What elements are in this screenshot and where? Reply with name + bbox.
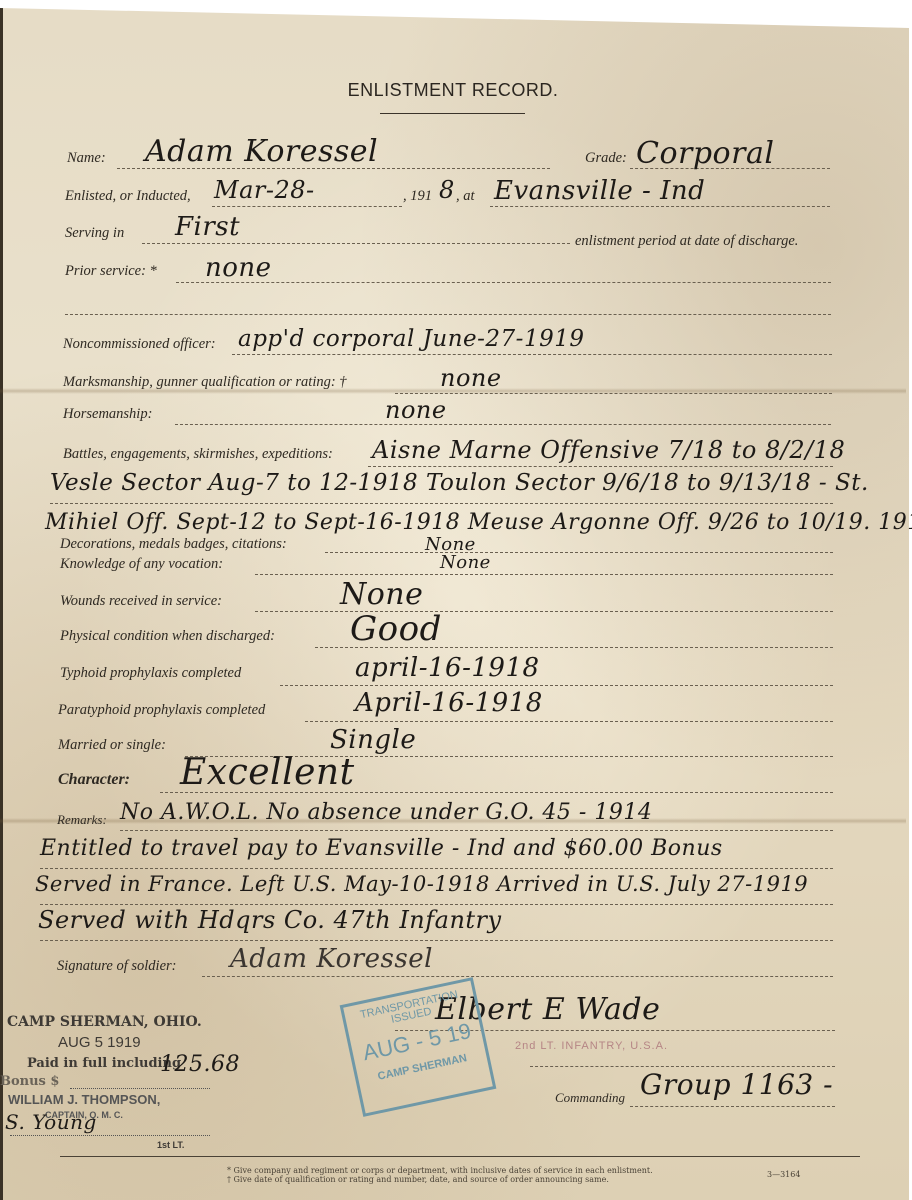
by-signature: S. Young [5, 1110, 97, 1134]
commanding-line [630, 1106, 835, 1107]
enlisted-place-value: Evansville - Ind [494, 176, 705, 206]
rank-stamp: 2nd LT. INFANTRY, U.S.A. [515, 1040, 668, 1052]
paratyphoid-line [305, 721, 833, 722]
bonus-label: Bonus $ [0, 1074, 59, 1089]
enlisted-place-line [490, 206, 830, 207]
document-title: ENLISTMENT RECORD. [0, 80, 906, 101]
wounds-value: None [340, 577, 423, 612]
physical-condition-label: Physical condition when discharged: [60, 628, 275, 645]
soldier-signature-value: Adam Koressel [230, 944, 433, 974]
marital-status-label: Married or single: [58, 737, 166, 754]
soldier-signature-line [202, 976, 833, 977]
nco-label: Noncommissioned officer: [63, 336, 216, 353]
paratyphoid-label: Paratyphoid prophylaxis completed [58, 702, 265, 719]
enlisted-label: Enlisted, or Inducted, [65, 188, 191, 205]
serving-value: First [175, 212, 240, 242]
title-rule [380, 113, 525, 114]
vocation-value: None [440, 552, 491, 573]
typhoid-value: april-16-1918 [355, 653, 540, 683]
vocation-line [255, 574, 833, 575]
commanding-label: Commanding [555, 1090, 625, 1106]
character-label: Character: [58, 771, 130, 789]
horsemanship-label: Horsemanship: [63, 406, 152, 423]
remarks-line-4 [40, 940, 833, 941]
remarks-line-3-value: Served in France. Left U.S. May-10-1918 … [35, 872, 808, 896]
remarks-line-4-value: Served with Hdqrs Co. 47th Infantry [38, 906, 502, 934]
remarks-line-1 [120, 830, 833, 831]
name-label: Name: [67, 150, 106, 167]
footnote-1: * Give company and regiment or corps or … [227, 1166, 653, 1175]
paid-in-full-label: Paid in full including [27, 1056, 181, 1071]
payment-date: AUG 5 1919 [58, 1034, 141, 1051]
marksmanship-label: Marksmanship, gunner qualification or ra… [63, 374, 347, 391]
nco-value: app'd corporal June-27-1919 [238, 326, 584, 352]
by-rank: 1st LT. [157, 1140, 184, 1150]
enlisted-year-value: 8 [439, 176, 455, 204]
form-number: 3—3164 [767, 1170, 800, 1179]
remarks-label: Remarks: [57, 812, 107, 828]
enlisted-at-label: , at [456, 188, 475, 205]
prior-service-value: none [205, 253, 272, 283]
soldier-signature-label: Signature of soldier: [57, 958, 176, 975]
payment-location: CAMP SHERMAN, OHIO. [7, 1014, 202, 1030]
paying-officer-name: WILLIAM J. THOMPSON, [8, 1092, 160, 1107]
footnote-2: † Give date of qualification or rating a… [227, 1175, 609, 1184]
serving-line [142, 243, 570, 244]
battles-line-2 [50, 503, 833, 504]
bonus-line [70, 1088, 210, 1089]
battles-line-1 [368, 466, 833, 467]
enlisted-date-value: Mar-28- [214, 176, 315, 204]
commanding-value: Group 1163 - [640, 1068, 833, 1101]
remarks-line-1-value: No A.W.O.L. No absence under G.O. 45 - 1… [120, 800, 652, 825]
battles-line-2-value: Vesle Sector Aug-7 to 12-1918 Toulon Sec… [50, 470, 869, 496]
footer-rule [60, 1156, 860, 1157]
prior-service-label: Prior service: * [65, 263, 157, 280]
decorations-label: Decorations, medals badges, citations: [60, 536, 287, 553]
typhoid-line [280, 685, 833, 686]
marksmanship-line [395, 393, 832, 394]
enlisted-date-line [212, 206, 402, 207]
typhoid-label: Typhoid prophylaxis completed [60, 665, 241, 682]
character-value: Excellent [180, 752, 355, 793]
battles-line-3-value: Mihiel Off. Sept-12 to Sept-16-1918 Meus… [45, 510, 912, 535]
remarks-line-2-value: Entitled to travel pay to Evansville - I… [40, 836, 723, 861]
name-value: Adam Koressel [145, 134, 378, 169]
vocation-label: Knowledge of any vocation: [60, 556, 223, 573]
marital-status-value: Single [330, 725, 416, 755]
enlisted-year-prefix: , 191 [403, 188, 432, 205]
horsemanship-line [175, 424, 831, 425]
remarks-line-2 [40, 868, 833, 869]
bonus-value: 125.68 [160, 1052, 240, 1077]
grade-label: Grade: [585, 150, 627, 167]
paratyphoid-value: April-16-1918 [355, 688, 543, 718]
marksmanship-value: none [440, 364, 502, 392]
grade-value: Corporal [636, 136, 774, 171]
serving-suffix: enlistment period at date of discharge. [575, 233, 798, 250]
by-line [10, 1135, 210, 1136]
remarks-line-3 [40, 904, 833, 905]
physical-condition-value: Good [350, 609, 442, 649]
battles-line-1-value: Aisne Marne Offensive 7/18 to 8/2/18 [372, 436, 845, 464]
nco-line [232, 354, 832, 355]
serving-label: Serving in [65, 225, 124, 242]
rank-line [530, 1066, 835, 1067]
blank-line [65, 314, 831, 315]
prior-service-line [176, 282, 831, 283]
horsemanship-value: none [385, 396, 447, 424]
decorations-line [325, 552, 833, 553]
wounds-label: Wounds received in service: [60, 593, 222, 610]
battles-label: Battles, engagements, skirmishes, expedi… [63, 446, 333, 463]
